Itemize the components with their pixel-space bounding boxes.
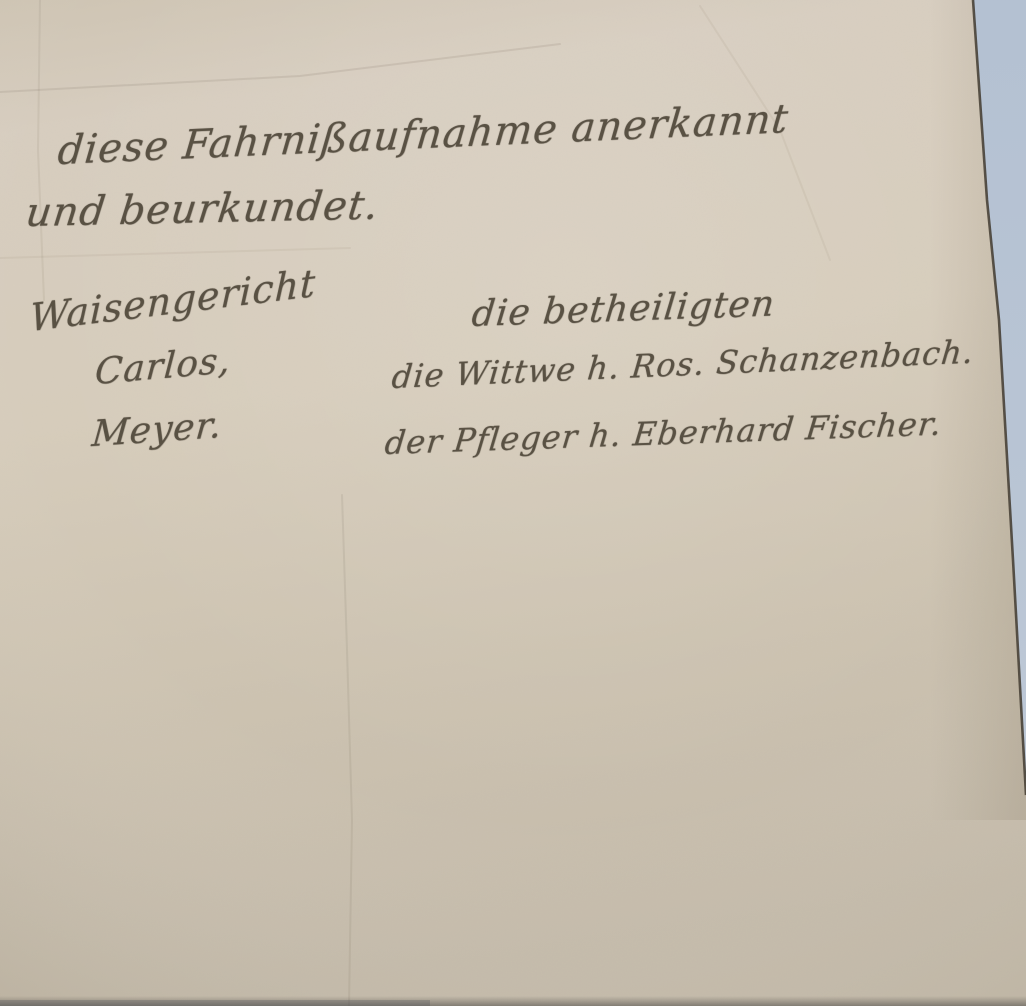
handwriting-party-widow: die Wittwe h. Ros. Schanzenbach. — [390, 332, 976, 396]
document-photo: diese Fahrnißaufnahme anerkannt und beur… — [0, 0, 1026, 1006]
handwriting-layer: diese Fahrnißaufnahme anerkannt und beur… — [0, 0, 1026, 1006]
handwriting-certification-line-2: und beurkundet. — [23, 183, 381, 237]
handwriting-party-curator: der Pfleger h. Eberhard Fischer. — [383, 404, 944, 462]
handwriting-parties-heading: die betheiligten — [470, 283, 777, 335]
handwriting-signature-last-name: Meyer. — [90, 405, 224, 455]
handwriting-certification-line-1: diese Fahrnißaufnahme anerkannt — [56, 96, 791, 174]
handwriting-orphans-court: Waisengericht — [29, 261, 317, 341]
handwriting-signature-first-name: Carlos, — [94, 340, 233, 393]
